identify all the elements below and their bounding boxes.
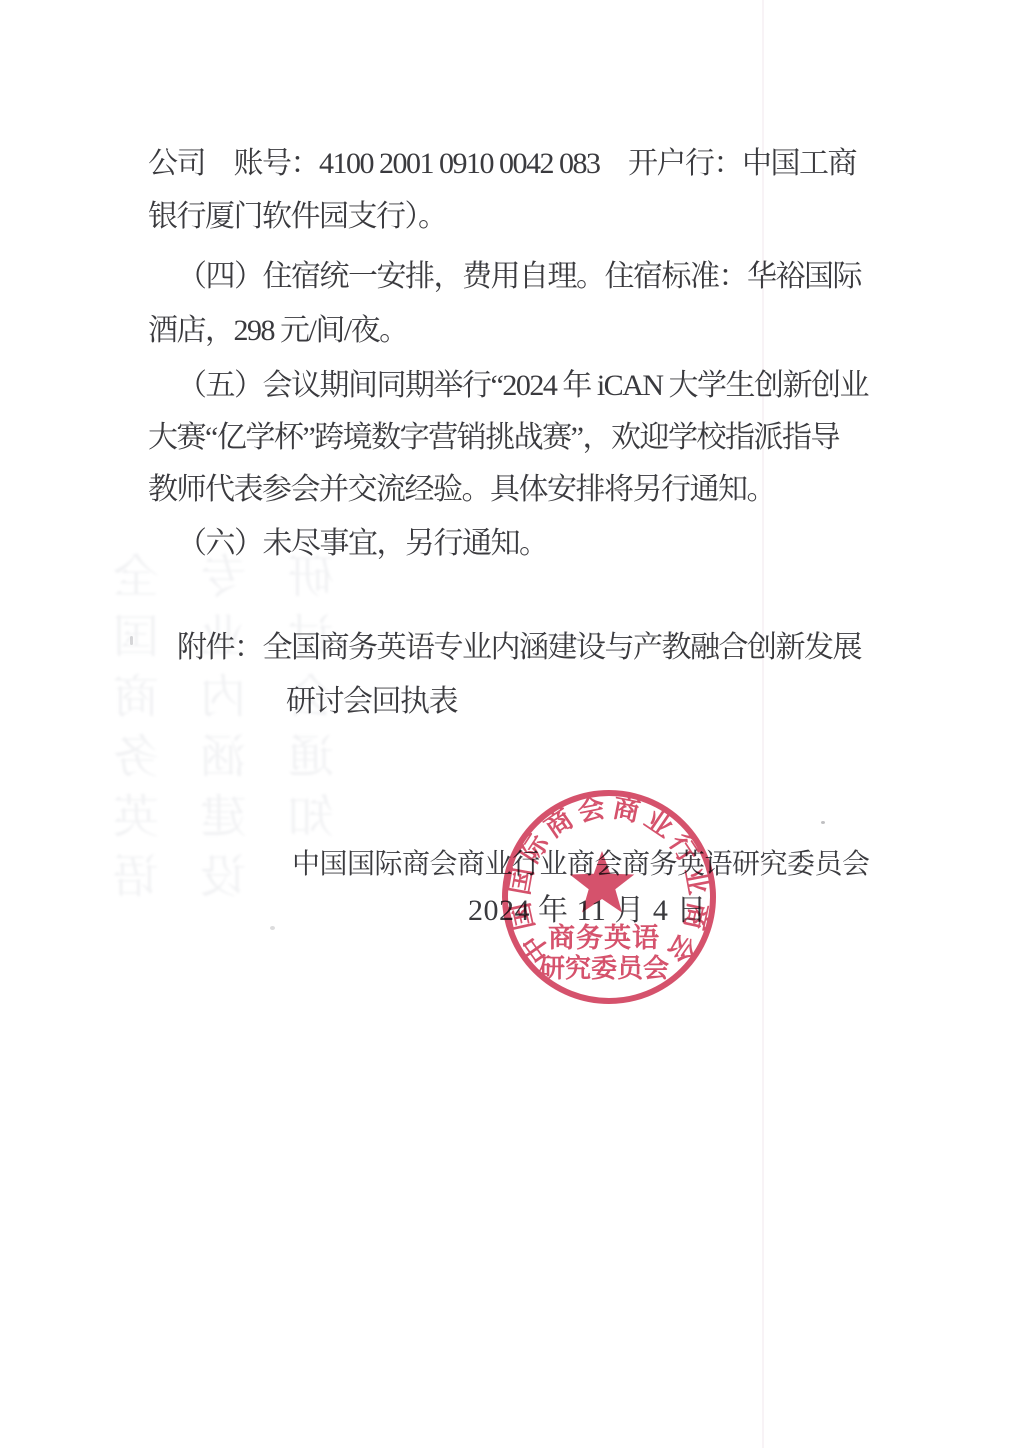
- scanned-document-page: 全国商务英语 专业内涵建设 研讨会通知 公司 账号：4100 2001 0910…: [0, 0, 1024, 1448]
- body-line-item4-1: （四）住宿统一安排，费用自理。住宿标准：华裕国际: [177, 259, 861, 295]
- seal-subtitle-line2: 研究委员会: [539, 953, 669, 983]
- body-line-account: 公司 账号：4100 2001 0910 0042 083 开户行：中国工商: [148, 146, 856, 182]
- bleed-through-text: 全国商务英语 专业内涵建设 研讨会通知: [96, 552, 192, 1442]
- body-line-item5-3: 教师代表参会并交流经验。具体安排将另行通知。: [148, 472, 775, 508]
- body-line-item4-2: 酒店，298 元/间/夜。: [148, 313, 408, 349]
- attachment-line-2: 研讨会回执表: [286, 684, 457, 720]
- scan-speck: [821, 821, 825, 824]
- body-line-item5-2: 大赛“亿学杯”跨境数字营销挑战赛”，欢迎学校指派指导: [148, 420, 839, 456]
- body-line-item5-1: （五）会议期间同期举行“2024 年 iCAN 大学生创新创业: [177, 368, 868, 404]
- body-line-bank: 银行厦门软件园支行）。: [148, 199, 447, 235]
- body-line-item6: （六）未尽事宜，另行通知。: [177, 526, 548, 562]
- scan-speck: [130, 636, 133, 645]
- star-icon: [570, 851, 635, 913]
- official-seal: 中国国际商会商业行业商会 商务英语 研究委员会: [498, 786, 720, 1012]
- attachment-line-1: 附件：全国商务英语专业内涵建设与产教融合创新发展: [177, 630, 861, 666]
- scan-speck: [270, 926, 275, 930]
- scanner-artifact-line: [762, 0, 764, 1448]
- seal-subtitle-line1: 商务英语: [548, 922, 660, 953]
